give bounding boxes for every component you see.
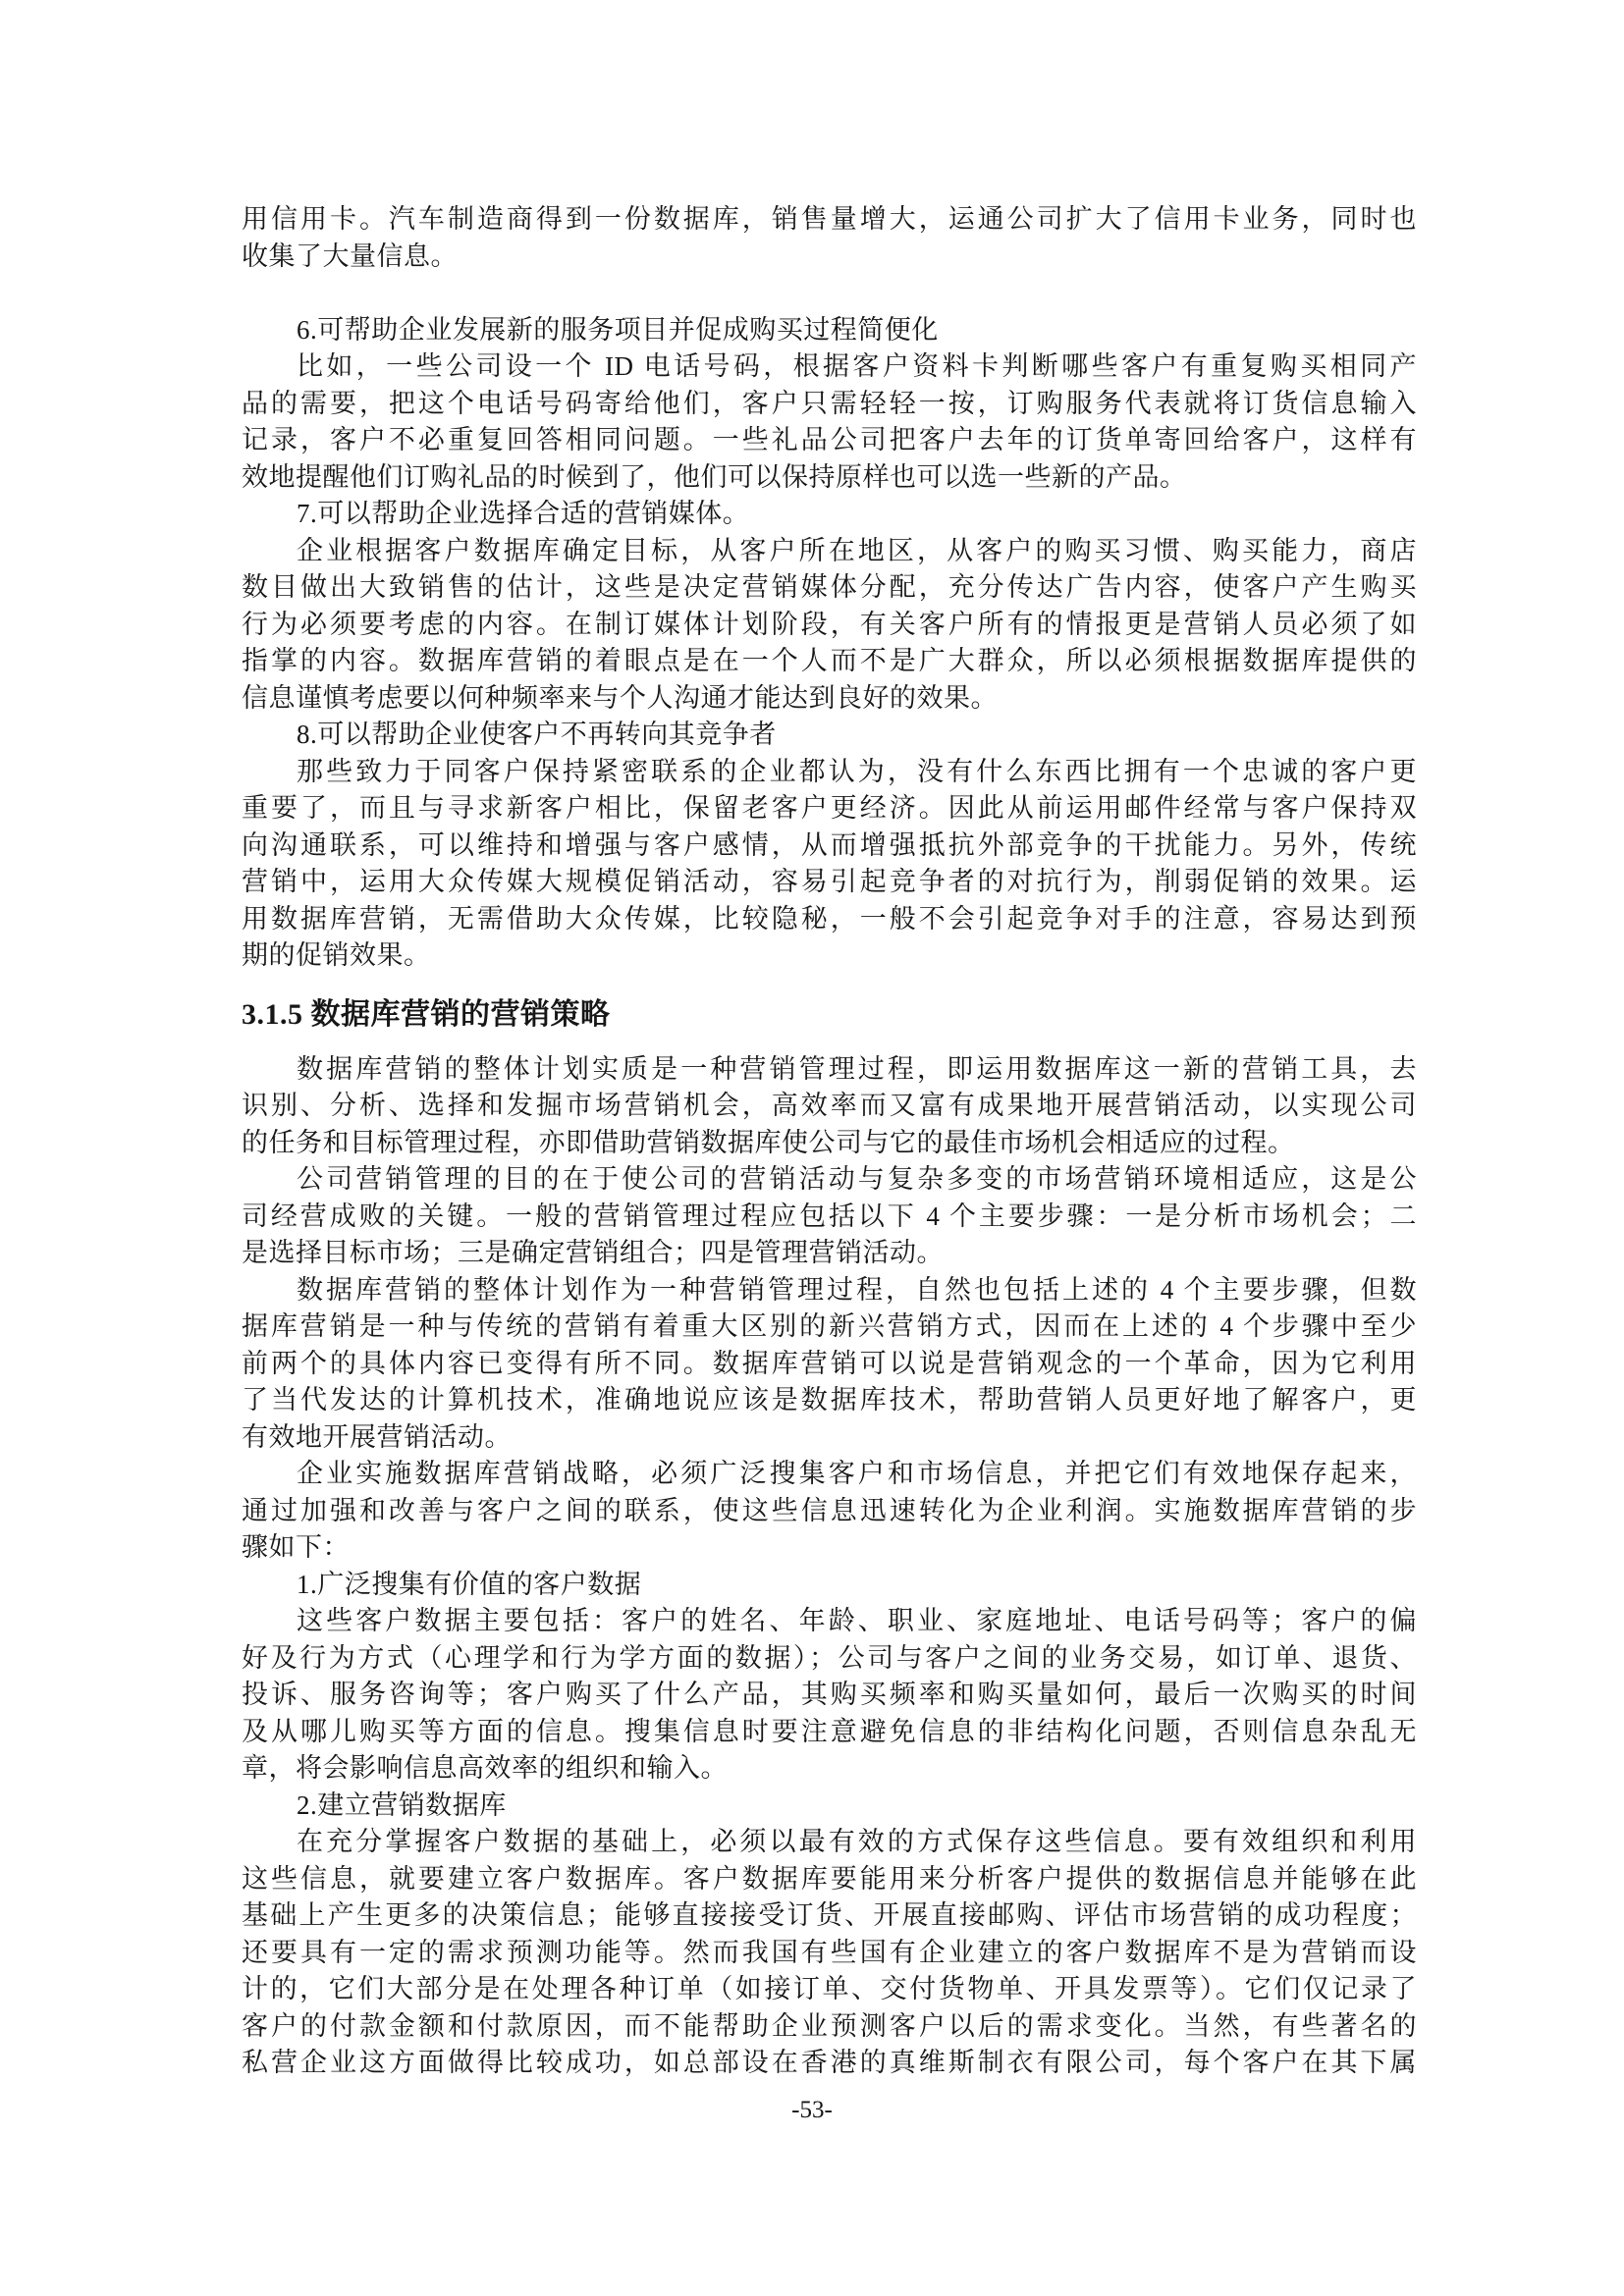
text-line: 数据库营销的整体计划实质是一种营销管理过程，即运用数据库这一新的营销工具，去 (242, 1051, 1417, 1089)
text-line: 信息谨慎考虑要以何种频率来与个人沟通才能达到良好的效果。 (242, 680, 1417, 718)
text-line: 效地提醒他们订购礼品的时候到了，他们可以保持原样也可以选一些新的产品。 (242, 459, 1417, 497)
text-line: 2.建立营销数据库 (242, 1788, 1417, 1825)
text-line: 有效地开展营销活动。 (242, 1419, 1417, 1457)
text-line: 客户的付款金额和付款原因，而不能帮助企业预测客户以后的需求变化。当然，有些著名的 (242, 2008, 1417, 2046)
text-line: 基础上产生更多的决策信息；能够直接接受订货、开展直接邮购、评估市场营销的成功程度… (242, 1897, 1417, 1935)
text-line: 收集了大量信息。 (242, 239, 1417, 276)
text-line: 7.可以帮助企业选择合适的营销媒体。 (242, 496, 1417, 533)
text-line: 识别、分析、选择和发掘市场营销机会，高效率而又富有成果地开展营销活动，以实现公司 (242, 1088, 1417, 1125)
text-line: 期的促销效果。 (242, 937, 1417, 975)
text-line: 向沟通联系，可以维持和增强与客户感情，从而增强抵抗外部竞争的干扰能力。另外，传统 (242, 828, 1417, 865)
text-line: 用信用卡。汽车制造商得到一份数据库，销售量增大，运通公司扩大了信用卡业务，同时也 (242, 201, 1417, 239)
text-line: 1.广泛搜集有价值的客户数据 (242, 1567, 1417, 1604)
text-line: 司经营成败的关键。一般的营销管理过程应包括以下 4 个主要步骤：一是分析市场机会… (242, 1199, 1417, 1236)
text-line: 通过加强和改善与客户之间的联系，使这些信息迅速转化为企业利润。实施数据库营销的步 (242, 1493, 1417, 1530)
blank-line (242, 275, 1417, 312)
text-line: 据库营销是一种与传统的营销有着重大区别的新兴营销方式，因而在上述的 4 个步骤中… (242, 1308, 1417, 1346)
text-line: 品的需要，把这个电话号码寄给他们，客户只需轻轻一按，订购服务代表就将订货信息输入 (242, 386, 1417, 423)
text-line: 在充分掌握客户数据的基础上，必须以最有效的方式保存这些信息。要有效组织和利用 (242, 1824, 1417, 1861)
text-line: 的任务和目标管理过程，亦即借助营销数据库使公司与它的最佳市场机会相适应的过程。 (242, 1125, 1417, 1162)
text-line: 数据库营销的整体计划作为一种营销管理过程，自然也包括上述的 4 个主要步骤，但数 (242, 1272, 1417, 1309)
text-line: 私营企业这方面做得比较成功，如总部设在香港的真维斯制衣有限公司，每个客户在其下属 (242, 2045, 1417, 2082)
text-line: 6.可帮助企业发展新的服务项目并促成购买过程简便化 (242, 312, 1417, 349)
text-line: 骤如下： (242, 1529, 1417, 1567)
text-line: 还要具有一定的需求预测功能等。然而我国有些国有企业建立的客户数据库不是为营销而设 (242, 1935, 1417, 1972)
text-line: 数目做出大致销售的估计，这些是决定营销媒体分配，充分传达广告内容，使客户产生购买 (242, 569, 1417, 607)
text-line: 企业根据客户数据库确定目标，从客户所在地区，从客户的购买习惯、购买能力，商店 (242, 533, 1417, 570)
text-line: 营销中，运用大众传媒大规模促销活动，容易引起竞争者的对抗行为，削弱促销的效果。运 (242, 864, 1417, 901)
text-line: 是选择目标市场；三是确定营销组合；四是管理营销活动。 (242, 1235, 1417, 1272)
section-heading: 3.1.5 数据库营销的营销策略 (242, 996, 1417, 1034)
text-line: 前两个的具体内容已变得有所不同。数据库营销可以说是营销观念的一个革命，因为它利用 (242, 1346, 1417, 1383)
text-line: 重要了，而且与寻求新客户相比，保留老客户更经济。因此从前运用邮件经常与客户保持双 (242, 790, 1417, 828)
text-line: 用数据库营销，无需借助大众传媒，比较隐秘，一般不会引起竞争对手的注意，容易达到预 (242, 901, 1417, 938)
text-line: 企业实施数据库营销战略，必须广泛搜集客户和市场信息，并把它们有效地保存起来， (242, 1456, 1417, 1493)
text-line: 指掌的内容。数据库营销的着眼点是在一个人而不是广大群众，所以必须根据数据库提供的 (242, 643, 1417, 680)
text-line: 那些致力于同客户保持紧密联系的企业都认为，没有什么东西比拥有一个忠诚的客户更 (242, 754, 1417, 791)
text-line: 行为必须要考虑的内容。在制订媒体计划阶段，有关客户所有的情报更是营销人员必须了如 (242, 607, 1417, 644)
text-line: 了当代发达的计算机技术，准确地说应该是数据库技术，帮助营销人员更好地了解客户，更 (242, 1382, 1417, 1419)
text-line: 这些信息，就要建立客户数据库。客户数据库要能用来分析客户提供的数据信息并能够在此 (242, 1861, 1417, 1898)
text-line: 计的，它们大部分是在处理各种订单（如接订单、交付货物单、开具发票等）。它们仅记录… (242, 1971, 1417, 2008)
text-line: 好及行为方式（心理学和行为学方面的数据）；公司与客户之间的业务交易，如订单、退货… (242, 1640, 1417, 1678)
text-line: 章，将会影响信息高效率的组织和输入。 (242, 1750, 1417, 1788)
text-line: 记录，客户不必重复回答相同问题。一些礼品公司把客户去年的订货单寄回给客户，这样有 (242, 422, 1417, 459)
text-line: 公司营销管理的目的在于使公司的营销活动与复杂多变的市场营销环境相适应，这是公 (242, 1161, 1417, 1199)
text-line: 比如，一些公司设一个 ID 电话号码，根据客户资料卡判断哪些客户有重复购买相同产 (242, 348, 1417, 386)
text-line: 8.可以帮助企业使客户不再转向其竞争者 (242, 717, 1417, 754)
text-line: 这些客户数据主要包括：客户的姓名、年龄、职业、家庭地址、电话号码等；客户的偏 (242, 1603, 1417, 1640)
document-text: 用信用卡。汽车制造商得到一份数据库，销售量增大，运通公司扩大了信用卡业务，同时也… (242, 201, 1417, 2082)
page-number: -53- (0, 2097, 1624, 2124)
document-page: 用信用卡。汽车制造商得到一份数据库，销售量增大，运通公司扩大了信用卡业务，同时也… (0, 0, 1624, 2296)
text-line: 及从哪儿购买等方面的信息。搜集信息时要注意避免信息的非结构化问题，否则信息杂乱无 (242, 1714, 1417, 1751)
text-line: 投诉、服务咨询等；客户购买了什么产品，其购买频率和购买量如何，最后一次购买的时间 (242, 1677, 1417, 1714)
